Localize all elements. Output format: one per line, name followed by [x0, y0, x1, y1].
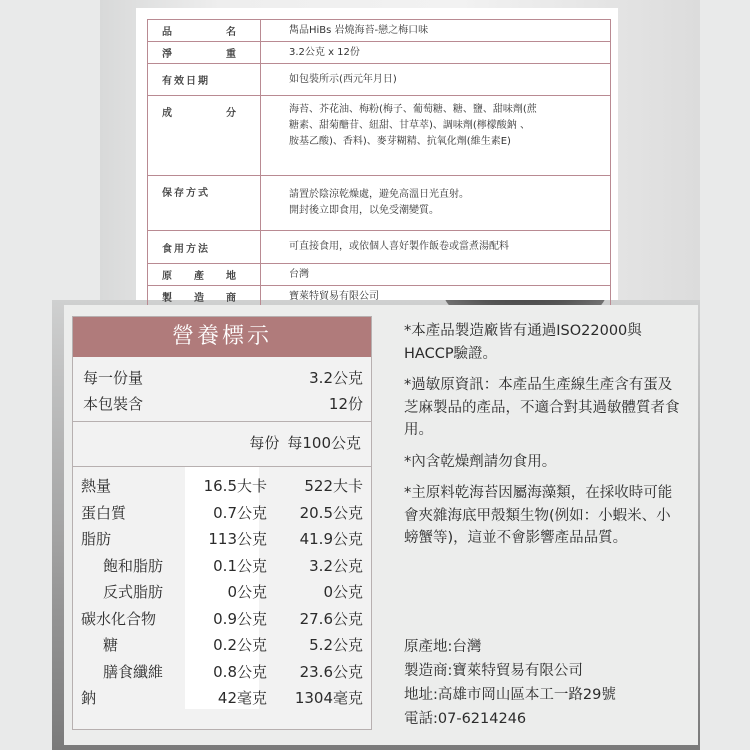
info-value: 可直接食用，或依個人喜好製作飯卷或當煮湯配料: [261, 231, 611, 264]
nutrition-row: 熱量16.5大卡522大卡: [73, 473, 371, 500]
info-label: 原產地: [148, 264, 261, 286]
per-100g-value: 27.6公克: [267, 606, 363, 633]
nutrition-row: 飽和脂肪0.1公克3.2公克: [73, 553, 371, 580]
servings-label: 本包裝含: [83, 391, 143, 417]
info-row: 原產地台灣: [148, 264, 611, 286]
servings-value: 12份: [329, 391, 363, 417]
nutrition-row: 蛋白質0.7公克20.5公克: [73, 500, 371, 527]
serving-size-value: 3.2公克: [309, 365, 363, 391]
product-notes: *本產品製造廠皆有通過ISO22000與HACCP驗證。*過敏原資訊：本產品生產…: [404, 320, 684, 559]
nutrient-name: 糖: [73, 632, 185, 659]
info-row: 淨重3.2公克 x 12份: [148, 42, 611, 64]
info-value: 雋品HiBs 岩燒海苔-戀之梅口味: [261, 20, 611, 42]
per-serving-value: 0公克: [185, 579, 267, 606]
serving-size-label: 每一份量: [83, 365, 143, 391]
phone-text: 電話:07-6214246: [404, 707, 694, 731]
per-100g-value: 41.9公克: [267, 526, 363, 553]
nutrient-name: 反式脂肪: [73, 579, 185, 606]
info-label: 成分: [148, 96, 261, 176]
per-serving-value: 16.5大卡: [185, 473, 267, 500]
nutrient-name: 飽和脂肪: [73, 553, 185, 580]
contact-info: 原產地:台灣 製造商:寶萊特貿易有限公司 地址:高雄市岡山區本工一路29號 電話…: [404, 635, 694, 731]
per-serving-value: 0.9公克: [185, 606, 267, 633]
note-item: *內含乾燥劑請勿食用。: [404, 451, 684, 474]
nutrition-facts-panel: 營養標示 每一份量 3.2公克 本包裝含 12份 每份 每100公克 熱量16.…: [72, 316, 372, 730]
per-100g-value: 1304毫克: [267, 685, 363, 712]
per-100g-value: 23.6公克: [267, 659, 363, 686]
info-value: 如包裝所示(西元年月日): [261, 64, 611, 96]
col-per-serving: 每份: [249, 432, 279, 466]
info-row: 保存方式請置於陰涼乾燥處，避免高溫日光直射。開封後立即食用，以免受潮變質。: [148, 176, 611, 231]
nutrient-name: 鈉: [73, 685, 185, 712]
nutrient-name: 膳食纖維: [73, 659, 185, 686]
info-row: 有效日期如包裝所示(西元年月日): [148, 64, 611, 96]
serving-info: 每一份量 3.2公克 本包裝含 12份: [73, 357, 371, 421]
info-row: 品名雋品HiBs 岩燒海苔-戀之梅口味: [148, 20, 611, 42]
per-100g-value: 20.5公克: [267, 500, 363, 527]
per-100g-value: 0公克: [267, 579, 363, 606]
nutrition-row: 碳水化合物0.9公克27.6公克: [73, 606, 371, 633]
note-item: *本產品製造廠皆有通過ISO22000與HACCP驗證。: [404, 320, 684, 365]
nutrition-row: 糖0.2公克5.2公克: [73, 632, 371, 659]
info-label: 保存方式: [148, 176, 261, 231]
per-serving-value: 113公克: [185, 526, 267, 553]
nutrition-rows: 熱量16.5大卡522大卡蛋白質0.7公克20.5公克脂肪113公克41.9公克…: [73, 467, 371, 712]
nutrient-name: 脂肪: [73, 526, 185, 553]
info-label: 食用方法: [148, 231, 261, 264]
info-value: 台灣: [261, 264, 611, 286]
per-100g-value: 522大卡: [267, 473, 363, 500]
origin-text: 原產地:台灣: [404, 635, 694, 659]
per-serving-value: 42毫克: [185, 685, 267, 712]
per-serving-value: 0.2公克: [185, 632, 267, 659]
per-100g-value: 3.2公克: [267, 553, 363, 580]
column-headers: 每份 每100公克: [73, 422, 371, 466]
nutrient-name: 蛋白質: [73, 500, 185, 527]
nutrition-title: 營養標示: [73, 317, 371, 357]
info-label: 淨重: [148, 42, 261, 64]
per-serving-value: 0.1公克: [185, 553, 267, 580]
nutrition-row: 鈉42毫克1304毫克: [73, 685, 371, 712]
col-per-100g: 每100公克: [287, 432, 361, 466]
per-100g-value: 5.2公克: [267, 632, 363, 659]
product-info-table: 品名雋品HiBs 岩燒海苔-戀之梅口味淨重3.2公克 x 12份有效日期如包裝所…: [147, 19, 611, 308]
nutrition-row: 膳食纖維0.8公克23.6公克: [73, 659, 371, 686]
address-text: 地址:高雄市岡山區本工一路29號: [404, 683, 694, 707]
info-label: 有效日期: [148, 64, 261, 96]
manufacturer-text: 製造商:寶萊特貿易有限公司: [404, 659, 694, 683]
note-item: *主原料乾海苔因屬海藻類，在採收時可能會夾雜海底甲殼類生物(例如：小蝦米、小螃蟹…: [404, 482, 684, 550]
nutrient-name: 熱量: [73, 473, 185, 500]
nutrition-row: 反式脂肪0公克0公克: [73, 579, 371, 606]
info-value: 請置於陰涼乾燥處，避免高溫日光直射。開封後立即食用，以免受潮變質。: [261, 176, 611, 231]
info-value: 海苔、芥花油、梅粉(梅子、葡萄糖、糖、鹽、甜味劑(蔗糖素、甜菊醣苷、紐甜、甘草萃…: [261, 96, 611, 176]
info-value: 3.2公克 x 12份: [261, 42, 611, 64]
nutrient-name: 碳水化合物: [73, 606, 185, 633]
note-item: *過敏原資訊：本產品生產線生產含有蛋及芝麻製品的產品，不適合對其過敏體質者食用。: [404, 374, 684, 442]
per-serving-value: 0.8公克: [185, 659, 267, 686]
nutrition-row: 脂肪113公克41.9公克: [73, 526, 371, 553]
per-serving-value: 0.7公克: [185, 500, 267, 527]
info-label: 品名: [148, 20, 261, 42]
info-row: 食用方法可直接食用，或依個人喜好製作飯卷或當煮湯配料: [148, 231, 611, 264]
info-row: 成分海苔、芥花油、梅粉(梅子、葡萄糖、糖、鹽、甜味劑(蔗糖素、甜菊醣苷、紐甜、甘…: [148, 96, 611, 176]
